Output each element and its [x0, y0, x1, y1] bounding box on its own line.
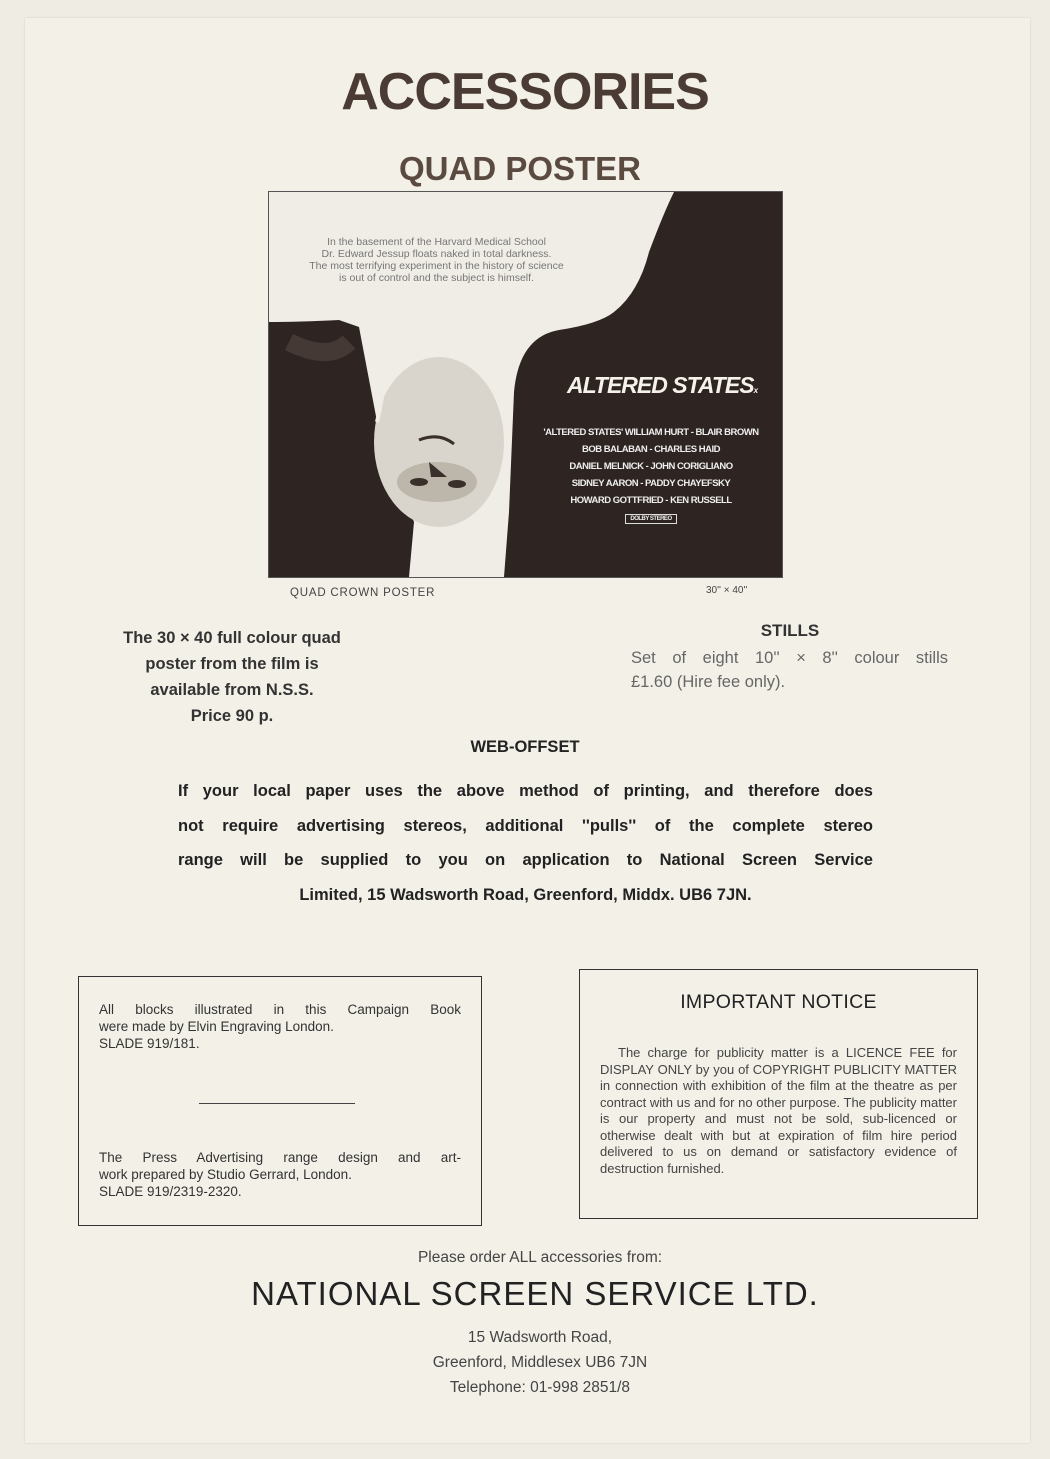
engraving-credits-box: All blocks illustrated in this Campaign … — [78, 976, 482, 1226]
dolby-badge: DOLBY STEREO — [625, 514, 676, 524]
engraving-credit: All blocks illustrated in this Campaign … — [99, 1001, 461, 1052]
order-instruction: Please order ALL accessories from: — [0, 1249, 1050, 1267]
divider — [199, 1103, 355, 1104]
telephone: Telephone: 01-998 2851/8 — [0, 1379, 1050, 1397]
poster-caption: QUAD CROWN POSTER — [290, 587, 435, 599]
notice-heading: IMPORTANT NOTICE — [580, 991, 977, 1014]
quad-offer-text: The 30 × 40 full colour quad poster from… — [92, 625, 372, 729]
poster-film-title: ALTERED STATESx — [557, 372, 767, 399]
design-credit: The Press Advertising range design and a… — [99, 1149, 461, 1200]
page-title: ACCESSORIES — [0, 62, 1050, 122]
stills-description: Set of eight 10'' × 8'' colour stills £1… — [631, 646, 948, 694]
poster-tagline: In the basement of the Harvard Medical S… — [269, 236, 604, 284]
poster-credits: 'ALTERED STATES' WILLIAM HURT - BLAIR BR… — [531, 424, 771, 526]
stills-heading: STILLS — [620, 621, 960, 641]
web-offset-heading: WEB-OFFSET — [0, 738, 1050, 757]
notice-body: The charge for publicity matter is a LIC… — [600, 1045, 957, 1177]
section-title-quad-poster: QUAD POSTER — [0, 150, 1040, 188]
web-offset-text: If your local paper uses the above metho… — [178, 774, 873, 912]
poster-size: 30'' × 40'' — [706, 585, 747, 596]
address-line-1: 15 Wadsworth Road, — [0, 1329, 1050, 1347]
important-notice-box: IMPORTANT NOTICE The charge for publicit… — [579, 969, 978, 1219]
quad-poster-image: In the basement of the Harvard Medical S… — [268, 191, 783, 578]
company-name: NATIONAL SCREEN SERVICE LTD. — [0, 1275, 1050, 1313]
address-line-2: Greenford, Middlesex UB6 7JN — [0, 1354, 1050, 1372]
